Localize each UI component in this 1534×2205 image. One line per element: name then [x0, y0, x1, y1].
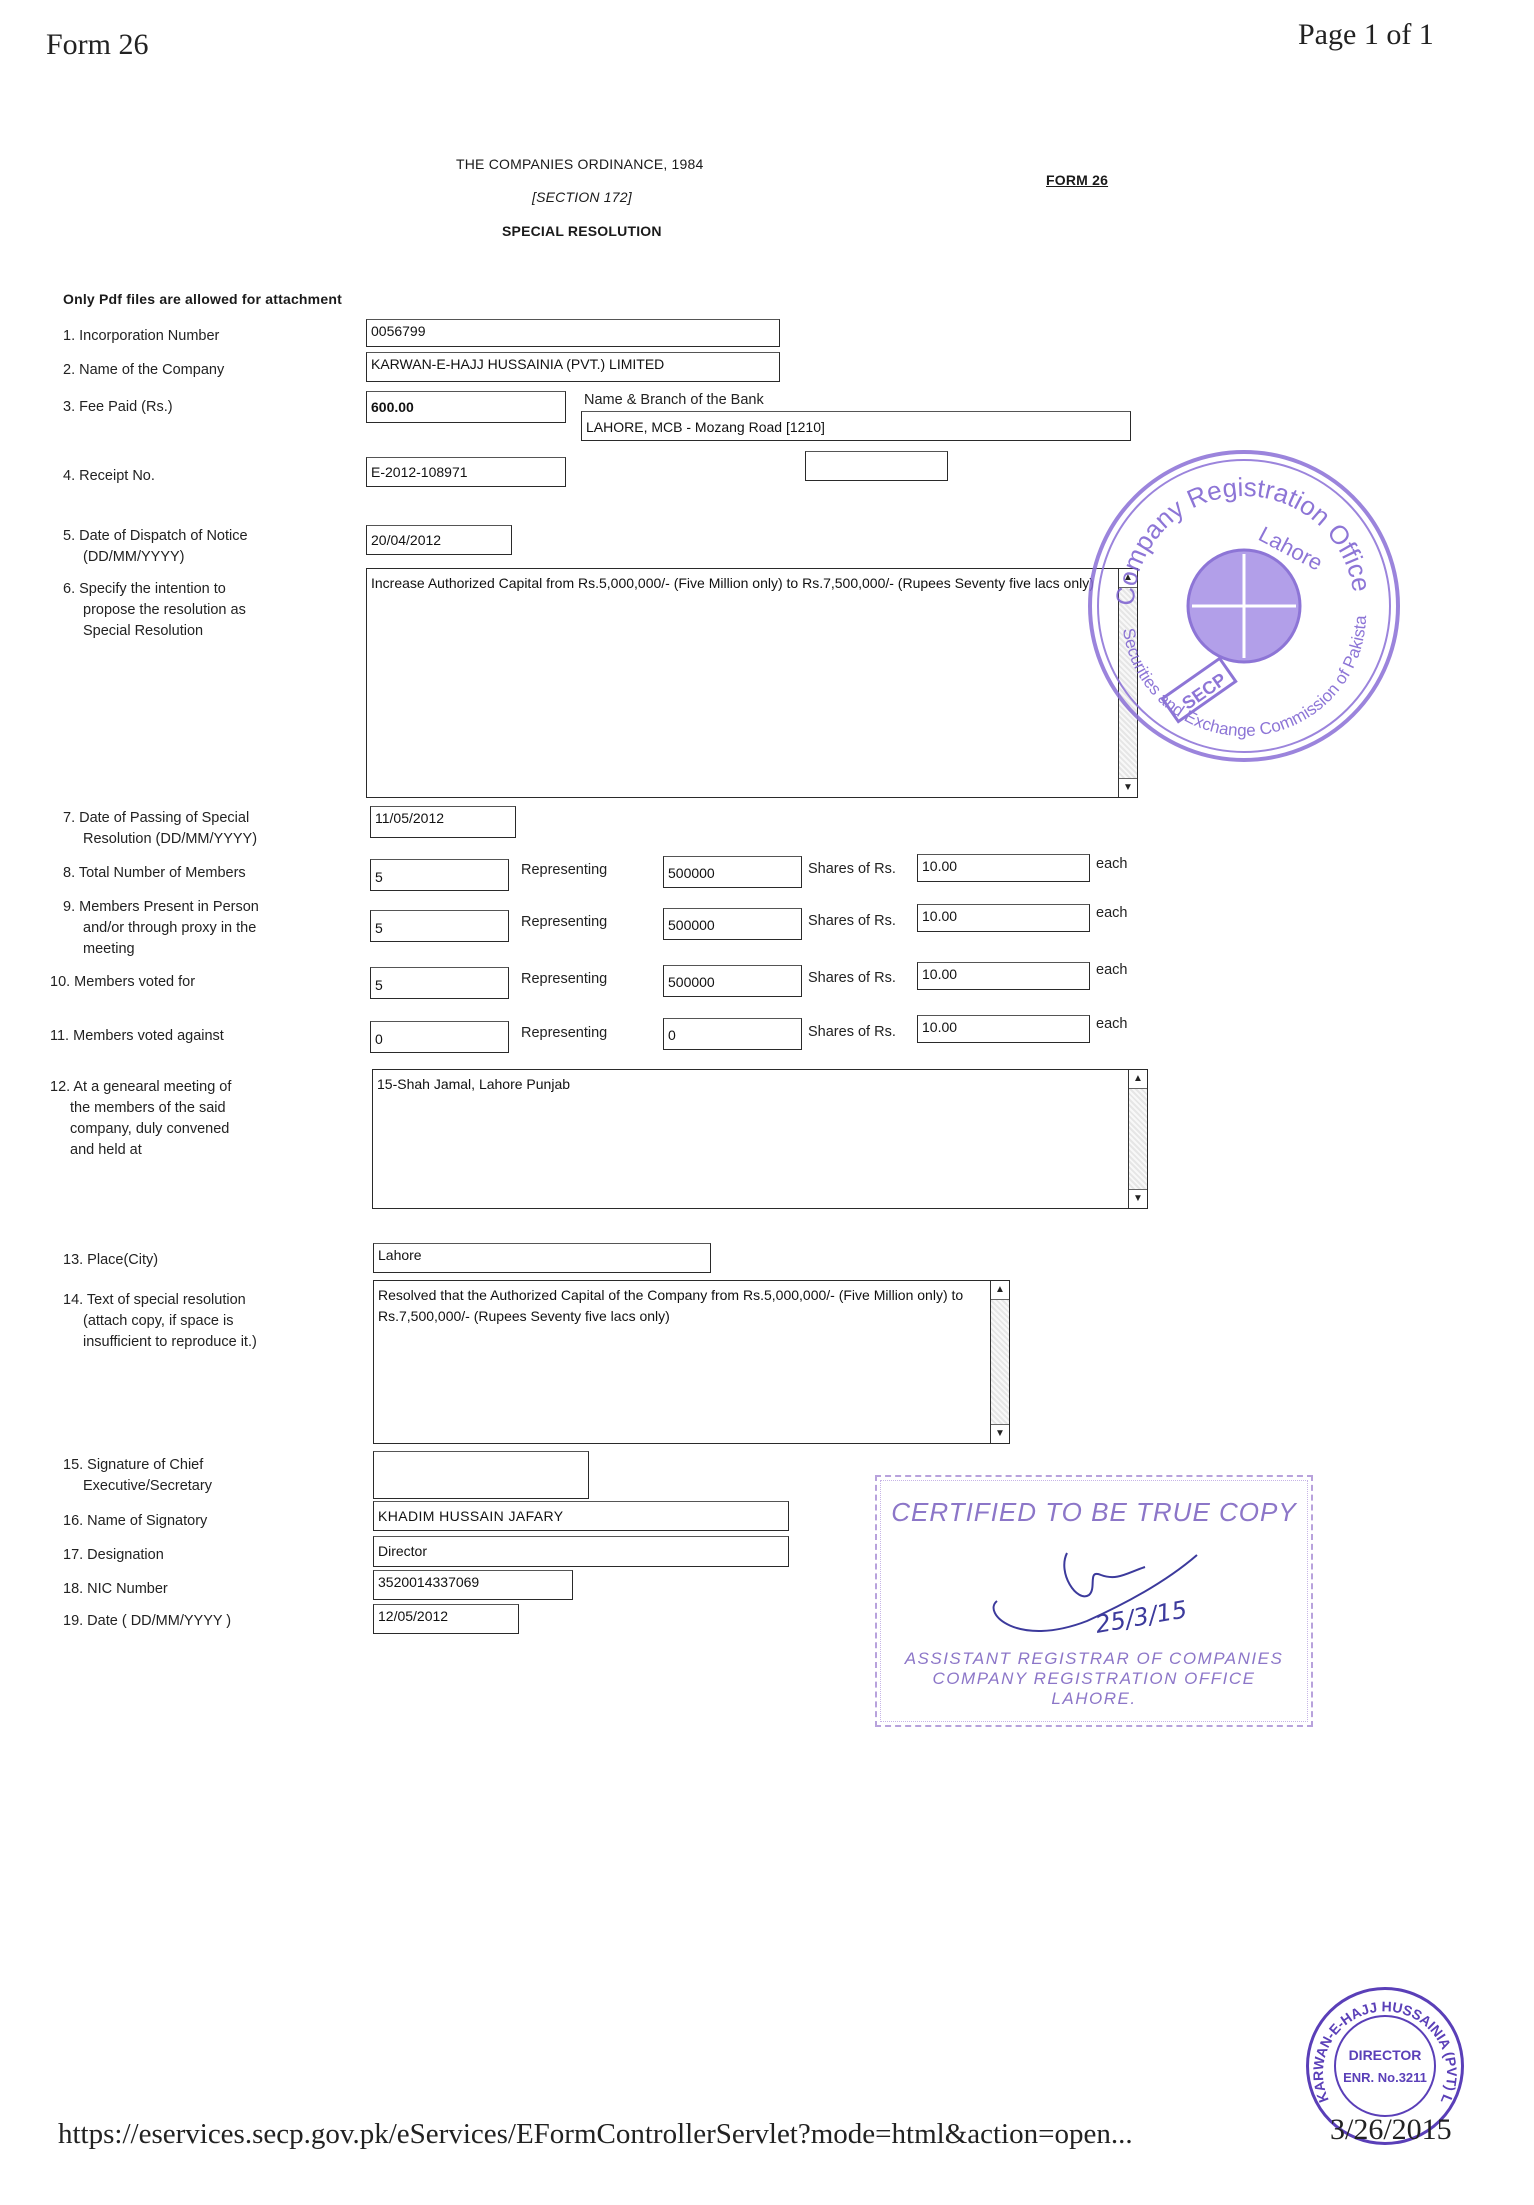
representing-label: Representing — [521, 1025, 607, 1041]
meeting-place-label-line4: and held at — [50, 1140, 231, 1161]
meeting-place-text: 15-Shah Jamal, Lahore Punjab — [377, 1074, 1123, 1095]
representing-label: Representing — [521, 862, 607, 878]
members-present-label-line1: 9. Members Present in Person — [63, 899, 259, 915]
nic-number-label: 18. NIC Number — [63, 1579, 168, 1600]
share-price-field[interactable]: 10.00 — [917, 962, 1090, 990]
svg-text:Company Registration Office: Company Registration Office — [1110, 472, 1377, 607]
nic-number-field[interactable]: 3520014337069 — [373, 1570, 573, 1600]
intention-text: Increase Authorized Capital from Rs.5,00… — [371, 573, 1113, 594]
city-label: 13. Place(City) — [63, 1250, 158, 1271]
passing-date-label-line1: 7. Date of Passing of Special — [63, 810, 249, 826]
intention-label-line2: propose the resolution as — [63, 600, 246, 621]
dispatch-date-label: 5. Date of Dispatch of Notice (DD/MM/YYY… — [63, 526, 248, 568]
resolution-textarea[interactable]: Resolved that the Authorized Capital of … — [373, 1280, 1010, 1444]
dispatch-date-label-line1: 5. Date of Dispatch of Notice — [63, 528, 248, 544]
receipt-no-label: 4. Receipt No. — [63, 466, 155, 487]
members-present-field[interactable]: 5 — [370, 910, 509, 942]
form-title: Form 26 — [46, 28, 149, 62]
members-present-label-line2: and/or through proxy in the — [63, 918, 259, 939]
scroll-down-arrow-icon[interactable]: ▼ — [1129, 1189, 1147, 1208]
dispatch-date-label-line2: (DD/MM/YYYY) — [63, 547, 248, 568]
passing-date-field[interactable]: 11/05/2012 — [370, 806, 516, 838]
members-present-label-line3: meeting — [63, 939, 259, 960]
page-title: SPECIAL RESOLUTION — [502, 223, 662, 239]
member-row-label: 8. Total Number of Members — [63, 863, 246, 884]
certified-line4: LAHORE. — [877, 1689, 1311, 1709]
bank-label: Name & Branch of the Bank — [584, 390, 764, 411]
secp-seal-text: Company Registration Office Securities a… — [1092, 454, 1396, 758]
intention-label: 6. Specify the intention to propose the … — [63, 579, 246, 642]
resolution-text-label-line2: (attach copy, if space is — [63, 1311, 257, 1332]
meeting-place-label-line2: the members of the said — [50, 1098, 231, 1119]
member-row-label: 11. Members voted against — [50, 1026, 224, 1047]
resolution-text-label-line1: 14. Text of special resolution — [63, 1292, 246, 1308]
company-name-field[interactable]: KARWAN-E-HAJJ HUSSAINIA (PVT.) LIMITED — [366, 352, 780, 382]
ordinance-heading: THE COMPANIES ORDINANCE, 1984 — [456, 156, 704, 172]
members-voted-for-field[interactable]: 5 — [370, 967, 509, 999]
each-label: each — [1096, 856, 1127, 872]
signature-label: 15. Signature of Chief Executive/Secreta… — [63, 1455, 212, 1497]
resolution-text: Resolved that the Authorized Capital of … — [378, 1285, 985, 1327]
each-label: each — [1096, 905, 1127, 921]
date-field[interactable]: 12/05/2012 — [373, 1604, 519, 1634]
incorporation-number-field[interactable]: 0056799 — [366, 319, 780, 347]
total-members-field[interactable]: 5 — [370, 859, 509, 891]
bank-field[interactable]: LAHORE, MCB - Mozang Road [1210] — [581, 411, 1131, 441]
intention-label-line3: Special Resolution — [63, 621, 246, 642]
shares-of-label: Shares of Rs. — [808, 861, 896, 877]
shares-of-label: Shares of Rs. — [808, 913, 896, 929]
svg-text:25/3/15: 25/3/15 — [1093, 1595, 1189, 1639]
incorporation-number-label: 1. Incorporation Number — [63, 326, 219, 347]
footer-url: https://eservices.secp.gov.pk/eServices/… — [58, 2118, 1133, 2151]
meeting-place-label-line3: company, duly convened — [50, 1119, 231, 1140]
footer-date: 3/26/2015 — [1330, 2113, 1452, 2147]
voted-for-shares-field[interactable]: 500000 — [663, 965, 802, 997]
passing-date-label-line2: Resolution (DD/MM/YYYY) — [63, 829, 257, 850]
meeting-place-label: 12. At a genearal meeting of the members… — [50, 1077, 231, 1161]
fee-paid-label: 3. Fee Paid (Rs.) — [63, 397, 173, 418]
scroll-down-arrow-icon[interactable]: ▼ — [991, 1424, 1009, 1443]
representing-label: Representing — [521, 914, 607, 930]
resolution-text-label-line3: insufficient to reproduce it.) — [63, 1332, 257, 1353]
member-row-label: 9. Members Present in Person and/or thro… — [63, 897, 259, 960]
svg-text:DIRECTOR: DIRECTOR — [1349, 2047, 1422, 2063]
certified-heading: CERTIFIED TO BE TRUE COPY — [877, 1497, 1311, 1528]
representing-label: Representing — [521, 971, 607, 987]
scroll-up-arrow-icon[interactable]: ▲ — [1129, 1070, 1147, 1089]
member-row-label: 10. Members voted for — [50, 972, 195, 993]
form-number-label: FORM 26 — [1046, 172, 1108, 188]
secp-seal-stamp: Company Registration Office Securities a… — [1088, 450, 1400, 762]
members-voted-for-label: 10. Members voted for — [50, 974, 195, 990]
members-voted-against-label: 11. Members voted against — [50, 1028, 224, 1044]
dispatch-date-field[interactable]: 20/04/2012 — [366, 525, 512, 555]
signatory-name-field[interactable]: KHADIM HUSSAIN JAFARY — [373, 1501, 789, 1531]
designation-label: 17. Designation — [63, 1545, 164, 1566]
shares-of-label: Shares of Rs. — [808, 970, 896, 986]
svg-text:SECP: SECP — [1178, 669, 1230, 714]
intention-textarea[interactable]: Increase Authorized Capital from Rs.5,00… — [366, 568, 1138, 798]
shares-of-label: Shares of Rs. — [808, 1024, 896, 1040]
signatory-name-label: 16. Name of Signatory — [63, 1511, 207, 1532]
company-name-label: 2. Name of the Company — [63, 360, 224, 381]
resolution-text-label: 14. Text of special resolution (attach c… — [63, 1290, 257, 1353]
meeting-place-textarea[interactable]: 15-Shah Jamal, Lahore Punjab ▲ ▼ — [372, 1069, 1148, 1209]
intention-label-line1: 6. Specify the intention to — [63, 581, 226, 597]
certified-line3: COMPANY REGISTRATION OFFICE — [877, 1669, 1311, 1689]
members-voted-against-field[interactable]: 0 — [370, 1021, 509, 1053]
signature-field[interactable] — [373, 1451, 589, 1499]
certified-copy-stamp: CERTIFIED TO BE TRUE COPY 25/3/15 ASSIST… — [875, 1475, 1313, 1727]
section-heading: [SECTION 172] — [532, 189, 632, 205]
scroll-down-arrow-icon[interactable]: ▼ — [1119, 778, 1137, 797]
signature-label-line2: Executive/Secretary — [63, 1476, 212, 1497]
present-shares-field[interactable]: 500000 — [663, 908, 802, 940]
page-indicator: Page 1 of 1 — [1298, 18, 1434, 52]
fee-paid-field[interactable]: 600.00 — [366, 391, 566, 423]
share-price-field[interactable]: 10.00 — [917, 854, 1090, 882]
each-label: each — [1096, 1016, 1127, 1032]
receipt-extra-field[interactable] — [805, 451, 948, 481]
designation-field[interactable]: Director — [373, 1536, 789, 1567]
attachment-note: Only Pdf files are allowed for attachmen… — [63, 291, 342, 307]
each-label: each — [1096, 962, 1127, 978]
meeting-place-scrollbar[interactable]: ▲ ▼ — [1128, 1070, 1147, 1208]
signature-label-line1: 15. Signature of Chief — [63, 1457, 203, 1473]
date-label: 19. Date ( DD/MM/YYYY ) — [63, 1611, 231, 1632]
voted-against-shares-field[interactable]: 0 — [663, 1018, 802, 1050]
resolution-scrollbar[interactable]: ▲ ▼ — [990, 1281, 1009, 1443]
receipt-no-field[interactable]: E-2012-108971 — [366, 457, 566, 487]
total-shares-field[interactable]: 500000 — [663, 856, 802, 888]
total-members-label: 8. Total Number of Members — [63, 865, 246, 881]
svg-text:ENR. No.3211: ENR. No.3211 — [1343, 2070, 1427, 2085]
scroll-up-arrow-icon[interactable]: ▲ — [991, 1281, 1009, 1300]
share-price-field[interactable]: 10.00 — [917, 904, 1090, 932]
certified-line2: ASSISTANT REGISTRAR OF COMPANIES — [877, 1649, 1311, 1669]
certified-registrar-lines: ASSISTANT REGISTRAR OF COMPANIES COMPANY… — [877, 1649, 1311, 1709]
passing-date-label: 7. Date of Passing of Special Resolution… — [63, 808, 257, 850]
share-price-field[interactable]: 10.00 — [917, 1015, 1090, 1043]
meeting-place-label-line1: 12. At a genearal meeting of — [50, 1079, 231, 1095]
city-field[interactable]: Lahore — [373, 1243, 711, 1273]
registrar-signature-icon: 25/3/15 — [977, 1533, 1217, 1643]
